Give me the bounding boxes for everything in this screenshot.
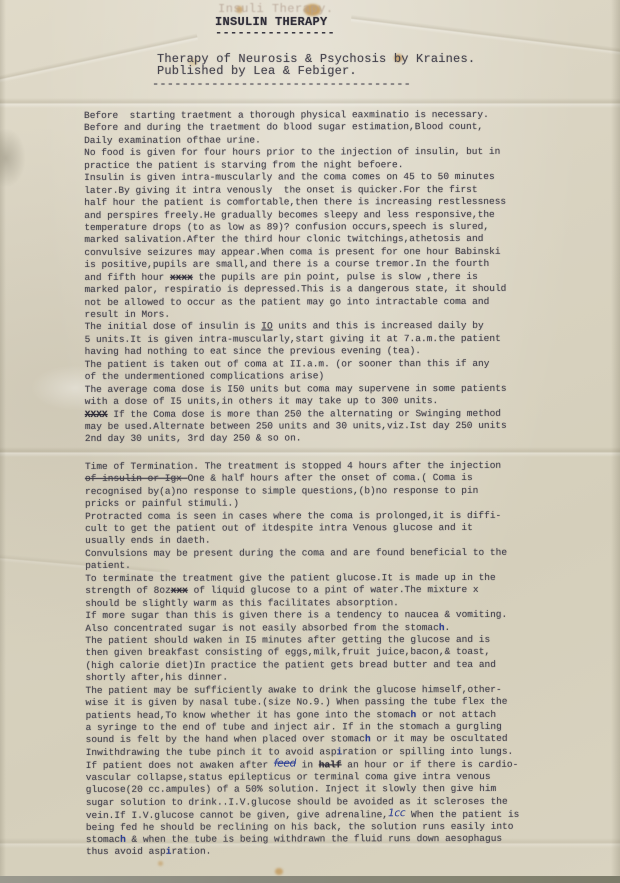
text-segment: having had nothing to eat since the prev…: [85, 345, 421, 357]
text-line: half hour the patient is comfortable,the…: [84, 196, 554, 210]
text-line: sugar solution to drink..I.V.glucose sho…: [86, 795, 556, 809]
text-line: usually ends in daeth.: [85, 534, 555, 548]
text-segment: half: [319, 760, 342, 771]
text-segment: The patient may be sufficiently awake to…: [86, 684, 502, 696]
subtitle-underline: -----------------------------------: [152, 77, 411, 91]
text-line: glucose(20 cc.ampules) of a 50% solution…: [86, 783, 556, 797]
text-segment: The patient should waken in I5 minutes a…: [85, 634, 490, 646]
text-line: stomach & when the tube is being withdra…: [86, 833, 556, 847]
text-line: strength of 8ozxxx of liquid glucose to …: [85, 584, 555, 598]
text-segment: The patient is taken out of coma at II.a…: [85, 358, 490, 370]
text-segment: strength of 8oz: [85, 585, 171, 596]
text-segment: temperature drops (to as low as 89)? con…: [84, 221, 489, 233]
text-segment: Also concentrated sugar is not easily ab…: [85, 622, 438, 634]
text-line: No food is given for four hours prior to…: [84, 146, 554, 160]
text-segment: XXXX: [85, 408, 108, 419]
text-section: Before starting traetment a thorough phy…: [84, 109, 555, 446]
text-line: Before and during the traetment do blood…: [84, 121, 554, 135]
text-segment: Insulin is given intra-muscularly and th…: [84, 171, 494, 183]
text-segment: Before and during the traetment do blood…: [84, 121, 483, 133]
text-segment: Time of Termination. The treatment is st…: [85, 460, 501, 472]
text-line: wise it is given by nasal tube.(size No.…: [86, 696, 556, 710]
text-line: shortly after,his dinner.: [85, 671, 555, 685]
text-line: recognised by(a)no response to simple qu…: [85, 484, 555, 498]
text-segment: thus avoid asp: [86, 846, 166, 857]
text-line: patient.: [85, 559, 555, 573]
text-line: of the undermentioned complications aris…: [85, 370, 555, 384]
text-segment: marked palor, respiratio is depressed.Th…: [84, 283, 506, 295]
text-segment: The initial dose of insulin is: [85, 321, 262, 332]
text-segment: then given breakfast consisting of eggs,…: [85, 646, 490, 658]
text-segment: (high calorie diet)In practice the patie…: [85, 659, 495, 671]
rust-stain: [275, 868, 283, 875]
text-line: patients head,To know whether it has gon…: [86, 708, 556, 722]
text-line: having had nothing to eat since the prev…: [85, 345, 555, 359]
handwritten-annotation: 1cc: [388, 807, 405, 819]
text-line: If patient does not awaken after feed in…: [86, 758, 556, 772]
text-line: marked salivation.After the third hour c…: [84, 233, 554, 247]
text-segment: Protracted coma is seen in cases where t…: [85, 509, 501, 521]
text-line: temperature drops (to as low as 89)? con…: [84, 221, 554, 235]
text-segment: shortly after,his dinner.: [85, 672, 228, 683]
text-line: pricks or painful stimuli.): [85, 497, 555, 511]
text-segment: vascular collapse,status epilepticus or …: [86, 771, 491, 783]
text-segment: being fed he should be reclining on his …: [86, 820, 514, 832]
ghost-title: Insuli Therapy.: [218, 2, 334, 16]
text-segment: If more sugar than this is given there i…: [85, 609, 507, 621]
text-segment: One & half hours after the onset of coma…: [188, 472, 473, 484]
text-line: result in Mors.: [85, 308, 555, 322]
text-line: The average coma dose is I50 units but c…: [85, 382, 555, 396]
text-segment: To terminate the treatment give the pati…: [85, 572, 495, 584]
paper-edge-shadow: [611, 0, 620, 883]
text-segment: of liquid glucose to a pint of water.The…: [188, 584, 479, 596]
text-line: XXXX If the Coma dose is more than 250 t…: [85, 407, 555, 421]
text-segment: and perspires freely.He gradually become…: [84, 208, 494, 220]
text-segment: units and this is increased daily by: [273, 320, 484, 332]
text-segment: ration.: [171, 846, 211, 857]
subtitle-line: Published by Lea & Febiger.: [157, 64, 357, 78]
text-line: is positive,pupils are small,and there i…: [84, 258, 554, 272]
text-segment: in: [296, 760, 319, 771]
text-segment: .: [445, 622, 451, 633]
text-segment: usually ends in daeth.: [85, 535, 210, 546]
rust-stain: [158, 861, 163, 866]
text-line: (high calorie diet)In practice the patie…: [85, 659, 555, 673]
text-segment: the pupils are pin point, pulse is slow …: [193, 271, 478, 283]
text-segment: ration or spilling into lungs.: [342, 746, 513, 757]
text-segment: cult to get the patient out of itdespite…: [85, 522, 473, 534]
text-line: thus avoid aspiration.: [86, 845, 556, 859]
text-segment: pricks or painful stimuli.): [85, 498, 239, 509]
text-line: 5 units.It is given intra-muscularly,sta…: [85, 333, 555, 347]
text-segment: or not attach: [416, 708, 496, 719]
text-segment: xxxx: [170, 271, 193, 282]
text-segment: and fifth hour: [84, 271, 170, 282]
text-line: Time of Termination. The treatment is st…: [85, 460, 555, 474]
text-segment: marked salivation.After the third hour c…: [84, 233, 483, 245]
text-line: with a dose of I5 units,in others it may…: [85, 395, 555, 409]
text-segment: half hour the patient is comfortable,the…: [84, 196, 506, 208]
text-line: marked palor, respiratio is depressed.Th…: [84, 283, 554, 297]
text-line: 2nd day 30 units, 3rd day 250 & so on.: [85, 432, 555, 446]
text-segment: The average coma dose is I50 units but c…: [85, 383, 507, 395]
text-segment: an hour or if there is cardio-: [342, 759, 519, 770]
text-segment: is positive,pupils are small,and there i…: [84, 258, 489, 270]
text-segment: No food is given for four hours prior to…: [84, 146, 500, 158]
text-segment: patients head,To know whether it has gon…: [86, 709, 411, 721]
text-segment: glucose(20 cc.ampules) of a 50% solution…: [86, 783, 496, 795]
text-segment: Daily examination ofthae urine.: [84, 134, 261, 145]
text-section: Time of Termination. The treatment is st…: [85, 460, 556, 859]
text-segment: may be used.Alternate between 250 units …: [85, 420, 507, 432]
text-segment: wise it is given by nasal tube.(size No.…: [86, 696, 508, 708]
text-line: Protracted coma is seen in cases where t…: [85, 509, 555, 523]
text-segment: result in Mors.: [85, 309, 171, 320]
text-segment: Before starting traetment a thorough phy…: [84, 109, 489, 121]
text-segment: of the undermentioned complications aris…: [85, 371, 324, 383]
text-segment: convulsive seizures may appear.When coma…: [84, 246, 500, 258]
text-segment: patient.: [85, 560, 131, 571]
text-line: not be allowed to occur as the patient m…: [84, 295, 554, 309]
text-segment: practice the patient is starving from th…: [84, 159, 403, 171]
text-line: Also concentrated sugar is not easily ab…: [85, 621, 555, 635]
text-line: and perspires freely.He gradually become…: [84, 208, 554, 222]
text-segment: When the patient is: [405, 809, 519, 820]
text-line: The initial dose of insulin is IO units …: [85, 320, 555, 334]
handwritten-annotation: feed: [274, 758, 296, 770]
text-line: Convulsions may be present during the co…: [85, 547, 555, 561]
text-segment: sound is felt by the hand when placed ov…: [86, 734, 365, 746]
title-underline: ----------------: [215, 26, 335, 40]
text-segment: & when the tube is being withdrawn the f…: [126, 833, 502, 845]
text-line: To terminate the treatment give the pati…: [85, 572, 555, 586]
text-segment: recognised by(a)no response to simple qu…: [85, 485, 478, 497]
text-segment: or it may be oscultated: [371, 733, 508, 744]
text-segment: should be slightly warm as this facilita…: [85, 597, 399, 609]
text-segment: not be allowed to occur as the patient m…: [84, 296, 489, 308]
text-line: If more sugar than this is given there i…: [85, 609, 555, 623]
text-segment: IO: [261, 321, 272, 332]
text-line: Insulin is given intra-muscularly and th…: [84, 171, 554, 185]
text-line: Inwithdrawing the tube pinch it to avoid…: [86, 746, 556, 760]
text-segment: If patient does not awaken after: [86, 760, 274, 771]
text-line: being fed he should be reclining on his …: [86, 820, 556, 834]
text-segment: xxx: [171, 585, 188, 596]
table-edge: [0, 876, 620, 883]
text-line: Before starting traetment a thorough phy…: [84, 109, 554, 123]
text-segment: Inwithdrawing the tube pinch it to avoid…: [86, 746, 337, 758]
text-segment: If the Coma dose is more than 250 the al…: [108, 407, 501, 419]
text-segment: 2nd day 30 units, 3rd day 250 & so on.: [85, 433, 302, 445]
text-line: The patient is taken out of coma at II.a…: [85, 358, 555, 372]
text-line: then given breakfast consisting of eggs,…: [85, 646, 555, 660]
paper-edge-shadow: [0, 0, 6, 883]
document-body: Before starting traetment a thorough phy…: [84, 109, 556, 859]
text-line: vein.If I.V.glucose cannot be given, giv…: [86, 808, 556, 822]
text-segment: 5 units.It is given intra-muscularly,sta…: [85, 333, 501, 345]
typewritten-document-page: Insuli Therapy. INSULIN THERAPY --------…: [0, 0, 620, 883]
text-line: sound is felt by the hand when placed ov…: [86, 733, 556, 747]
text-segment: Convulsions may be present during the co…: [85, 547, 507, 559]
text-segment: vein.If I.V.glucose cannot be given, giv…: [86, 809, 388, 821]
text-segment: later.By giving it intra venously the on…: [84, 184, 477, 196]
text-segment: of insulin or Igx: [85, 473, 188, 484]
text-segment: with a dose of I5 units,in others it may…: [85, 395, 438, 407]
text-segment: sugar solution to drink..I.V.glucose sho…: [86, 796, 508, 808]
text-line: cult to get the patient out of itdespite…: [85, 522, 555, 536]
crease: [0, 98, 620, 108]
text-line: may be used.Alternate between 250 units …: [85, 420, 555, 434]
text-line: of insulin or Igx One & half hours after…: [85, 472, 555, 486]
text-segment: stomac: [86, 834, 120, 845]
text-segment: a syringe to the end of tube and inject …: [86, 721, 502, 733]
